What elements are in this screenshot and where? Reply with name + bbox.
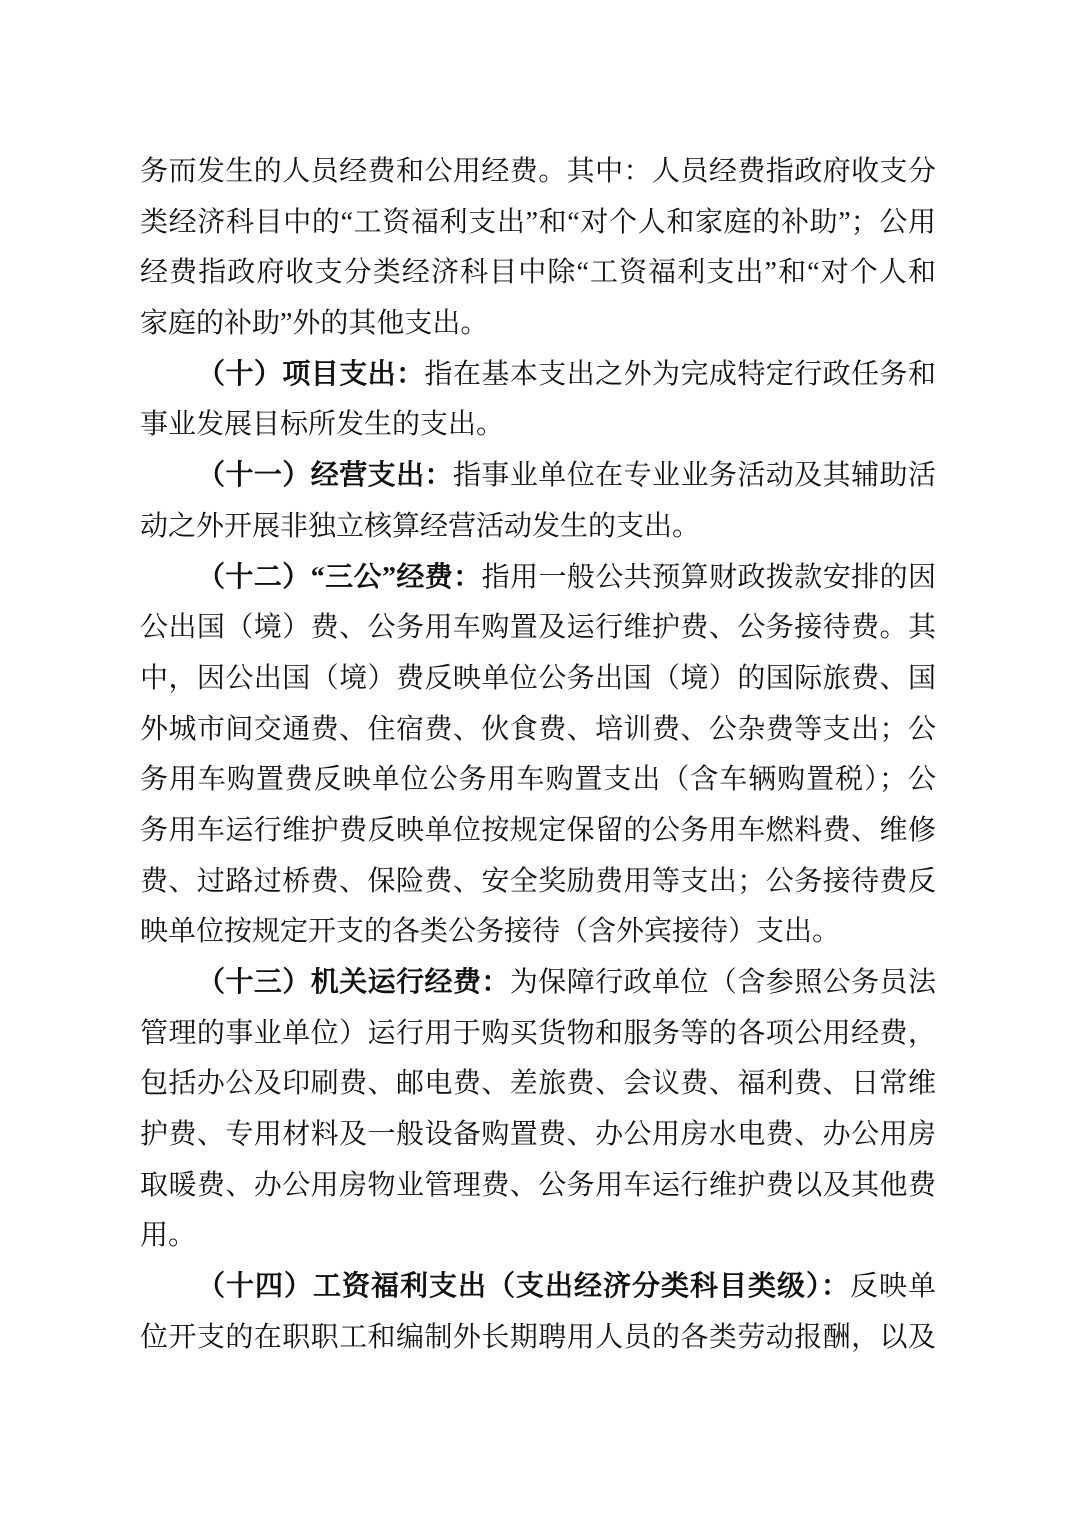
text-line: 公出国（境）费、公务用车购置及运行维护费、公务接待费。其 <box>140 603 936 654</box>
line-text: 务用车运行维护费反映单位按规定保留的公务用车燃料费、维修 <box>140 815 936 846</box>
line-text: 位开支的在职职工和编制外长期聘用人员的各类劳动报酬，以及 <box>140 1322 936 1353</box>
term-heading: （十四）工资福利支出（支出经济分类科目类级）： <box>197 1271 850 1302</box>
text-line: （十）项目支出：指在基本支出之外为完成特定行政任务和 <box>140 350 936 401</box>
text-line: 中，因公出国（境）费反映单位公务出国（境）的国际旅费、国 <box>140 654 936 705</box>
line-text: 取暖费、办公用房物业管理费、公务用车运行维护费以及其他费 <box>140 1170 936 1201</box>
line-text: 管理的事业单位）运行用于购买货物和服务等的各项公用经费， <box>140 1018 936 1049</box>
term-heading: （十）项目支出： <box>197 359 425 390</box>
text-line: 管理的事业单位）运行用于购买货物和服务等的各项公用经费， <box>140 1009 936 1060</box>
text-line: 务用车运行维护费反映单位按规定保留的公务用车燃料费、维修 <box>140 806 936 857</box>
line-text: 经费指政府收支分类经济科目中除“工资福利支出”和“对个人和 <box>140 257 936 288</box>
text-line: 费、过路过桥费、保险费、安全奖励费用等支出；公务接待费反 <box>140 857 936 908</box>
text-line: （十二）“三公”经费：指用一般公共预算财政拨款安排的因 <box>140 553 936 604</box>
text-line: 取暖费、办公用房物业管理费、公务用车运行维护费以及其他费 <box>140 1161 936 1212</box>
line-text: 用。 <box>140 1220 196 1251</box>
line-text: 公出国（境）费、公务用车购置及运行维护费、公务接待费。其 <box>140 612 936 643</box>
text-line: 经费指政府收支分类经济科目中除“工资福利支出”和“对个人和 <box>140 248 936 299</box>
text-line: 护费、专用材料及一般设备购置费、办公用房水电费、办公用房 <box>140 1110 936 1161</box>
term-heading: （十三）机关运行经费： <box>197 967 510 998</box>
line-text: 指在基本支出之外为完成特定行政任务和 <box>425 359 936 390</box>
document-page: 务而发生的人员经费和公用经费。其中：人员经费指政府收支分类经济科目中的“工资福利… <box>0 0 1074 1520</box>
text-line: 外城市间交通费、住宿费、伙食费、培训费、公杂费等支出；公 <box>140 705 936 756</box>
text-line: （十一）经营支出：指事业单位在专业业务活动及其辅助活 <box>140 451 936 502</box>
text-line: 动之外开展非独立核算经营活动发生的支出。 <box>140 502 936 553</box>
line-text: 事业发展目标所发生的支出。 <box>140 409 504 440</box>
line-text: 包括办公及印刷费、邮电费、差旅费、会议费、福利费、日常维 <box>140 1068 936 1099</box>
text-line: 家庭的补助”外的其他支出。 <box>140 299 936 350</box>
document-text-block: 务而发生的人员经费和公用经费。其中：人员经费指政府收支分类经济科目中的“工资福利… <box>140 147 936 1364</box>
term-heading: （十二）“三公”经费： <box>197 562 482 593</box>
text-line: 类经济科目中的“工资福利支出”和“对个人和家庭的补助”；公用 <box>140 198 936 249</box>
text-line: 务而发生的人员经费和公用经费。其中：人员经费指政府收支分 <box>140 147 936 198</box>
line-text: 家庭的补助”外的其他支出。 <box>140 308 488 339</box>
line-text: 费、过路过桥费、保险费、安全奖励费用等支出；公务接待费反 <box>140 866 936 897</box>
text-line: 用。 <box>140 1211 936 1262</box>
line-text: 映单位按规定开支的各类公务接待（含外宾接待）支出。 <box>140 916 840 947</box>
line-text: 动之外开展非独立核算经营活动发生的支出。 <box>140 511 700 542</box>
text-line: 位开支的在职职工和编制外长期聘用人员的各类劳动报酬，以及 <box>140 1313 936 1364</box>
text-line: 务用车购置费反映单位公务用车购置支出（含车辆购置税）；公 <box>140 755 936 806</box>
text-line: 事业发展目标所发生的支出。 <box>140 400 936 451</box>
line-text: 外城市间交通费、住宿费、伙食费、培训费、公杂费等支出；公 <box>140 714 936 745</box>
line-text: 为保障行政单位（含参照公务员法 <box>510 967 936 998</box>
line-text: 护费、专用材料及一般设备购置费、办公用房水电费、办公用房 <box>140 1119 936 1150</box>
line-text: 指用一般公共预算财政拨款安排的因 <box>482 562 936 593</box>
line-text: 类经济科目中的“工资福利支出”和“对个人和家庭的补助”；公用 <box>140 207 936 238</box>
line-text: 反映单 <box>850 1271 936 1302</box>
line-text: 指事业单位在专业业务活动及其辅助活 <box>453 460 936 491</box>
line-text: 务用车购置费反映单位公务用车购置支出（含车辆购置税）；公 <box>140 764 936 795</box>
text-line: （十三）机关运行经费：为保障行政单位（含参照公务员法 <box>140 958 936 1009</box>
text-line: 包括办公及印刷费、邮电费、差旅费、会议费、福利费、日常维 <box>140 1059 936 1110</box>
line-text: 务而发生的人员经费和公用经费。其中：人员经费指政府收支分 <box>140 156 936 187</box>
term-heading: （十一）经营支出： <box>197 460 453 491</box>
line-text: 中，因公出国（境）费反映单位公务出国（境）的国际旅费、国 <box>140 663 936 694</box>
text-line: （十四）工资福利支出（支出经济分类科目类级）：反映单 <box>140 1262 936 1313</box>
text-line: 映单位按规定开支的各类公务接待（含外宾接待）支出。 <box>140 907 936 958</box>
